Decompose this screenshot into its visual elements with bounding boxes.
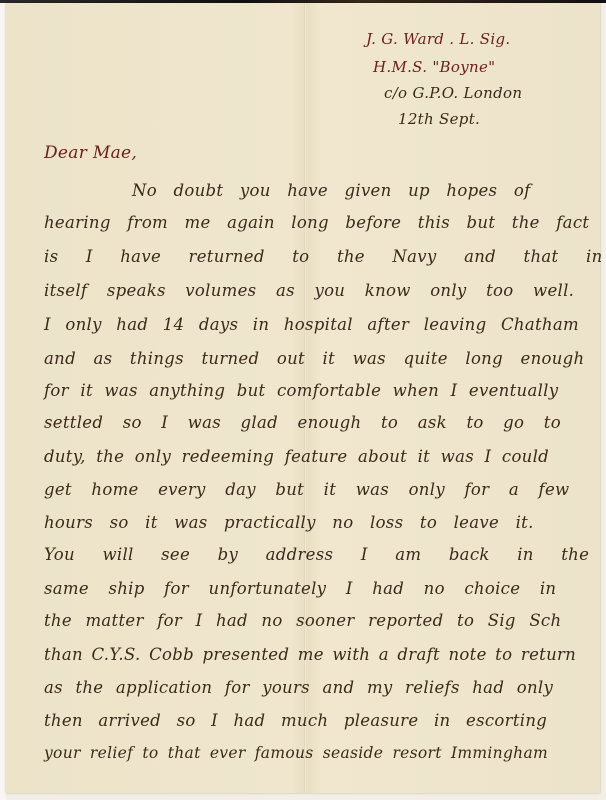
sender-ship: H.M.S. "Boyne" [373,53,495,81]
body-line: the matter for I had no sooner reported … [44,611,561,630]
body-line: hearing from me again long before this b… [44,213,589,232]
sender-postal-address: c/o G.P.O. London [384,79,522,107]
body-line: settled so I was glad enough to ask to g… [44,413,561,432]
letter-date: 12th Sept. [398,105,480,133]
body-line: You will see by address I am back in the [44,545,589,564]
letter-page: J. G. Ward . L. Sig. H.M.S. "Boyne" c/o … [6,3,600,793]
body-line: for it was anything but comfortable when… [44,381,558,400]
body-line: then arrived so I had much pleasure in e… [44,711,547,730]
body-line: is I have returned to the Navy and that … [44,247,603,266]
body-line: No doubt you have given up hopes of [132,181,530,200]
body-line: same ship for unfortunately I had no cho… [44,579,556,598]
body-line: I only had 14 days in hospital after lea… [44,315,579,334]
body-line: itself speaks volumes as you know only t… [44,281,574,300]
body-line: duty, the only redeeming feature about i… [44,447,549,466]
body-line: hours so it was practically no loss to l… [44,513,534,532]
salutation: Dear Mae, [44,143,137,163]
body-line: and as things turned out it was quite lo… [44,349,584,368]
body-line: than C.Y.S. Cobb presented me with a dra… [44,645,576,664]
sender-name-rank: J. G. Ward . L. Sig. [366,25,510,53]
body-line: get home every day but it was only for a… [44,480,569,499]
body-line: as the application for yours and my reli… [44,678,553,697]
body-line: your relief to that ever famous seaside … [44,744,548,762]
